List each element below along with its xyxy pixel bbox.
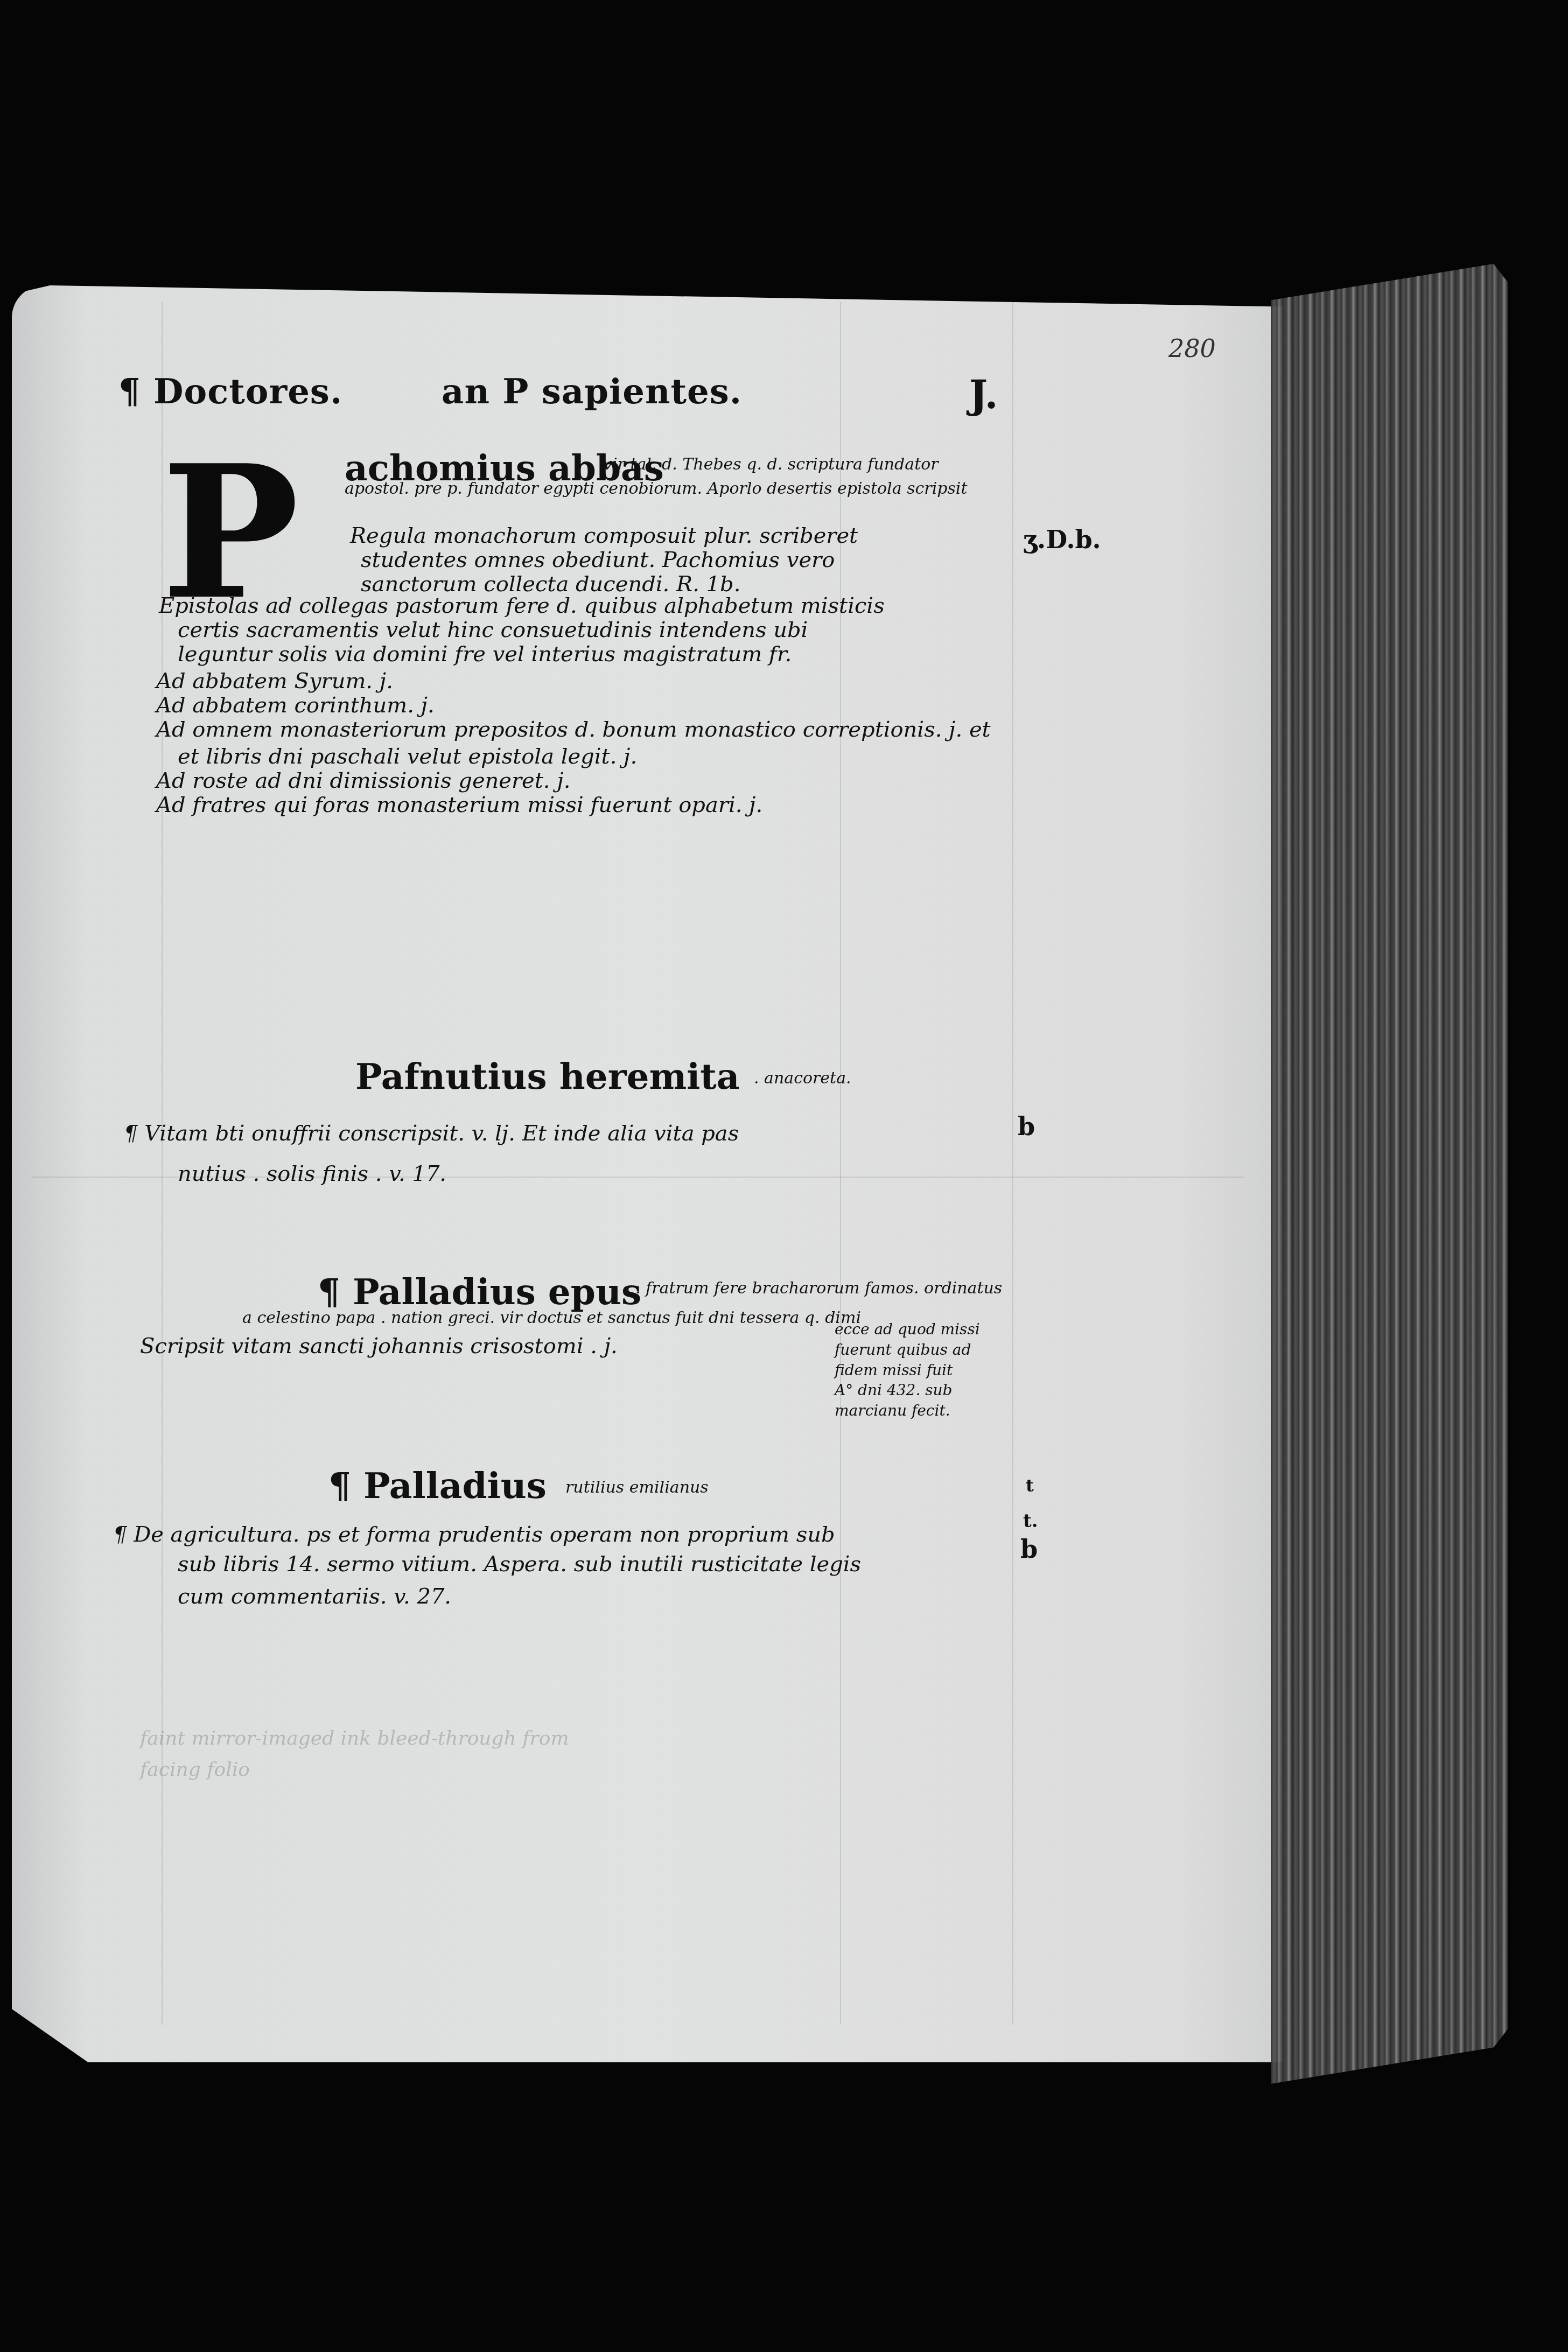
entry-title-pafnutius: Pafnutius heremita: [355, 1055, 740, 1097]
page-edges-fore-edge: [1271, 264, 1508, 2084]
ruling-line: [840, 302, 841, 2025]
entry-line: a celestino papa . nation greci. vir doc…: [242, 1308, 861, 1327]
entry-title-note-2: apostol. pre p. fundator egypti cenobior…: [345, 479, 968, 498]
entry-title-note: . anacoreta.: [754, 1069, 851, 1088]
entry-line: certis sacramentis velut hinc consuetudi…: [178, 619, 808, 641]
running-head-left: ¶ Doctores.: [118, 372, 342, 412]
entry-line: leguntur solis via domini fre vel interi…: [178, 643, 792, 665]
running-head-right: J.: [969, 372, 998, 417]
ruling-line: [1012, 302, 1013, 2025]
entry-line: nutius . solis finis . v. 17.: [178, 1163, 446, 1185]
entry-title-note: vir tal. d. Thebes q. d. scriptura funda…: [603, 455, 939, 474]
entry-title-note: rutilius emilianus: [565, 1478, 709, 1497]
entry-line: et libris dni paschali velut epistola le…: [178, 746, 637, 767]
entry-line: studentes omnes obediunt. Pachomius vero: [361, 549, 835, 571]
entry-line: Ad fratres qui foras monasterium missi f…: [156, 794, 762, 816]
margin-note: ʒ.D.b.: [1023, 525, 1101, 554]
entry-line: Ad abbatem Syrum. j.: [156, 670, 393, 692]
entry-line: ¶ Vitam bti onuffrii conscripsit. v. lj.…: [124, 1123, 739, 1144]
entry-title-note: . fratrum fere bracharorum famos. ordina…: [635, 1279, 1002, 1298]
entry-line: Regula monachorum composuit plur. scribe…: [350, 525, 858, 547]
margin-note: b: [1018, 1112, 1035, 1141]
entry-line: Ad abbatem corinthum. j.: [156, 695, 435, 716]
entry-line: Epistolas ad collegas pastorum fere d. q…: [159, 595, 885, 617]
entry-line: ¶ De agricultura. ps et forma prudentis …: [113, 1524, 835, 1545]
marginal-sidenote: ecce ad quod missi fuerunt quibus ad fid…: [835, 1319, 980, 1421]
entry-line: cum commentariis. v. 27.: [178, 1586, 451, 1607]
entry-line: sanctorum collecta ducendi. R. 1b.: [361, 573, 740, 595]
running-head-middle: an P sapientes.: [442, 372, 742, 412]
margin-note: t: [1026, 1475, 1034, 1496]
entry-line: Scripsit vitam sancti johannis crisostom…: [140, 1335, 618, 1357]
margin-note: t.: [1023, 1510, 1038, 1532]
margin-note: b: [1020, 1535, 1038, 1564]
entry-line: sub libris 14. sermo vitium. Aspera. sub…: [178, 1553, 861, 1575]
entry-line: Ad omnem monasteriorum prepositos d. bon…: [156, 719, 991, 740]
bleed-through-text: faint mirror-imaged ink bleed-through fr…: [140, 1723, 571, 1785]
entry-line: Ad roste ad dni dimissionis generet. j.: [156, 770, 570, 792]
entry-title-palladius-rutilius: ¶ Palladius: [328, 1465, 547, 1507]
entry-title-palladius-episcopus: ¶ Palladius epus: [318, 1271, 641, 1313]
folio-number: 280: [1168, 334, 1216, 363]
